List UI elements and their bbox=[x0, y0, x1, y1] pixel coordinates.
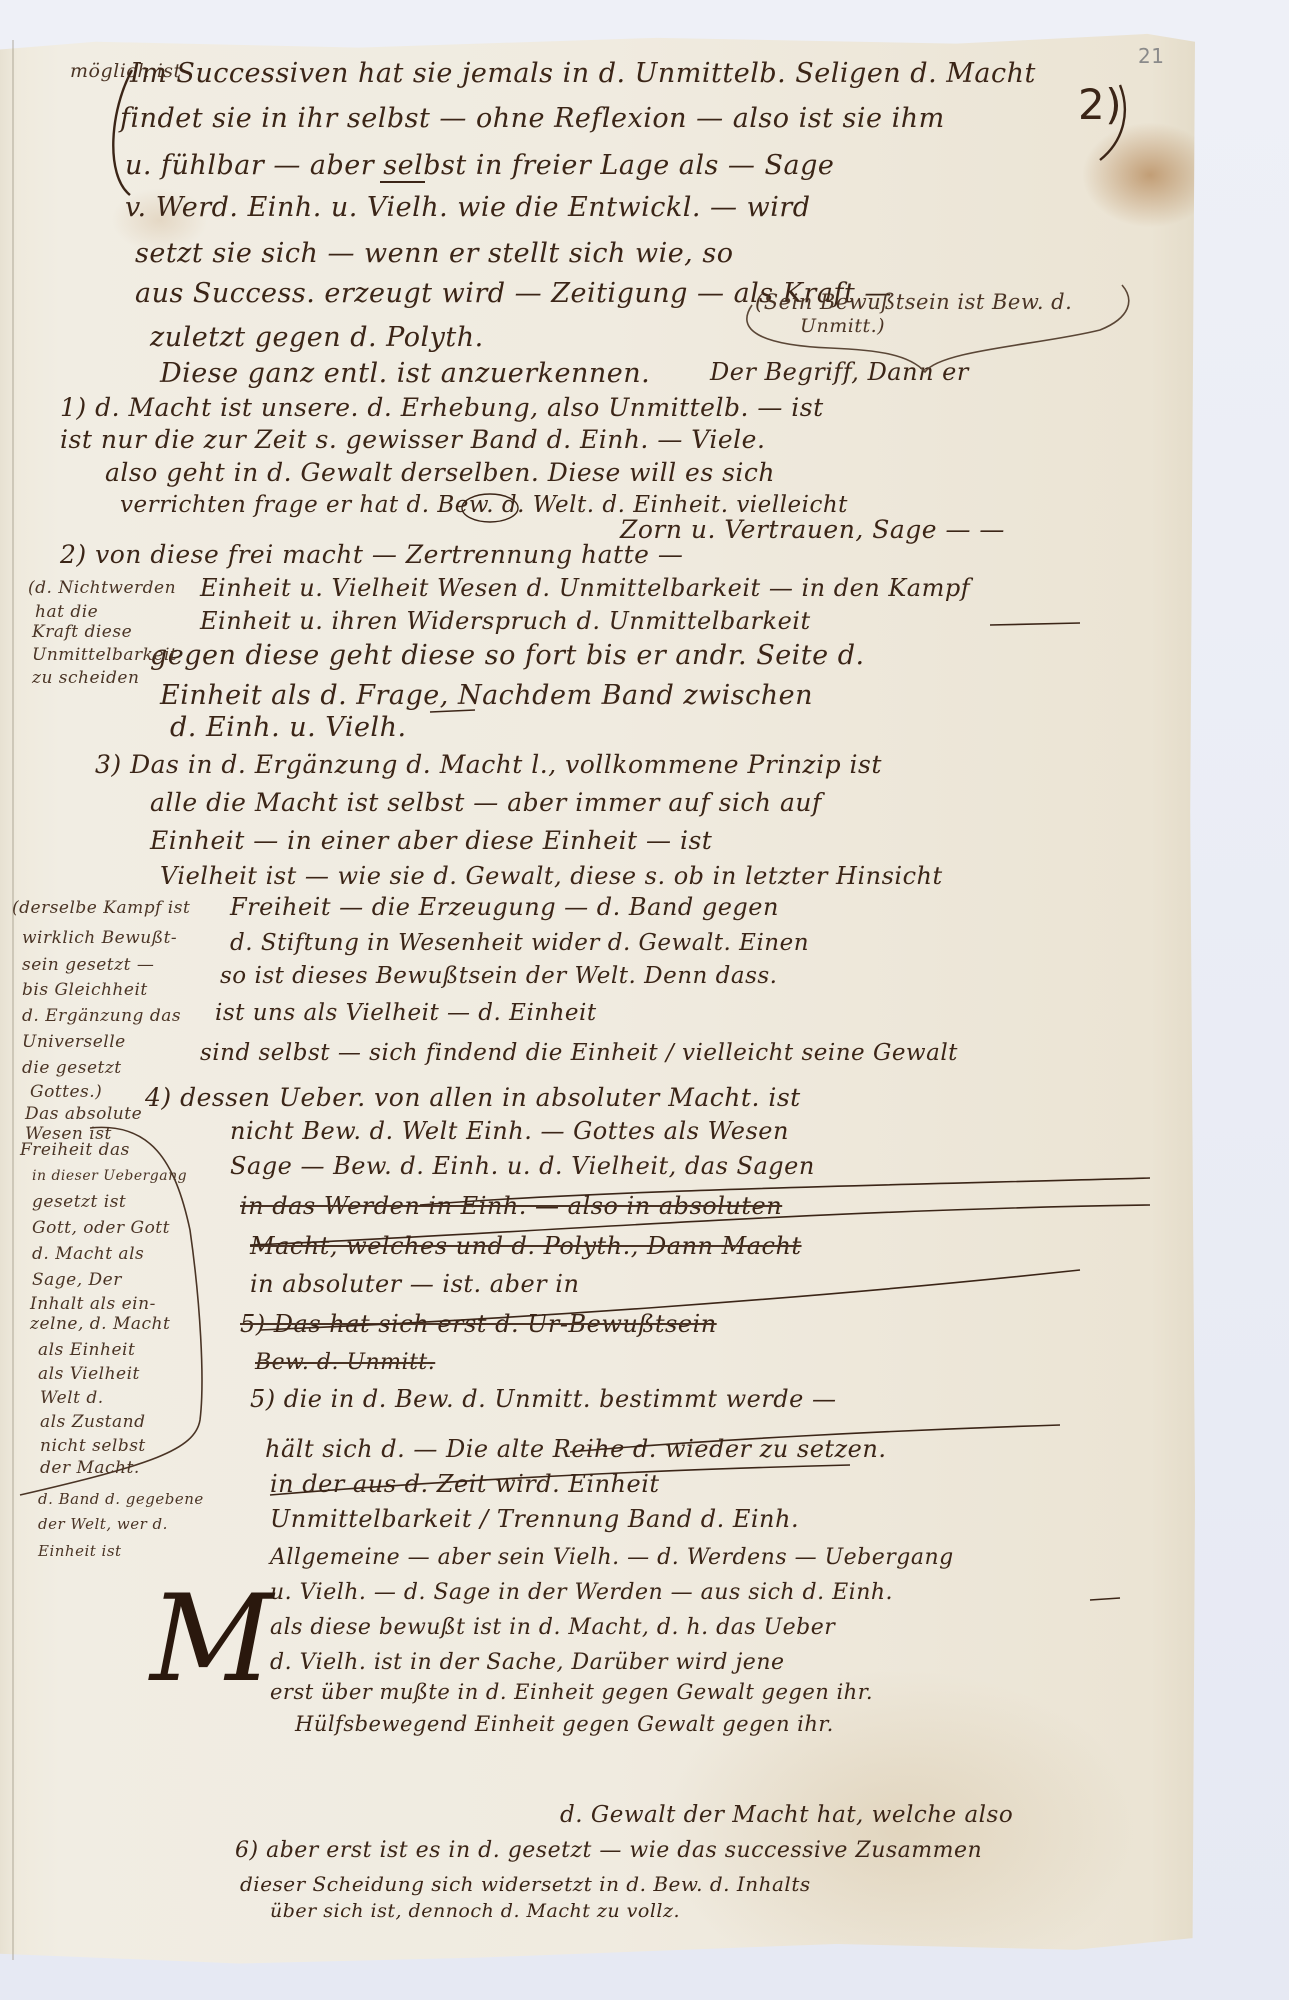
margin-note: der Macht. bbox=[40, 1458, 140, 1478]
text-line: 2) von diese frei macht — Zertrennung ha… bbox=[60, 540, 683, 569]
margin-note: die gesetzt bbox=[22, 1058, 122, 1078]
text-line: nicht Bew. d. Welt Einh. — Gottes als We… bbox=[230, 1117, 789, 1145]
text-line: zuletzt gegen d. Polyth. bbox=[150, 322, 484, 353]
margin-note: Inhalt als ein- bbox=[30, 1294, 156, 1314]
text-line: in der aus d. Zeit wird. Einheit bbox=[270, 1470, 660, 1498]
text-line: also geht in d. Gewalt derselben. Diese … bbox=[105, 458, 775, 487]
margin-note: d. Ergänzung das bbox=[22, 1006, 181, 1026]
margin-note: Sage, Der bbox=[32, 1270, 122, 1290]
text-line: gegen diese geht diese so fort bis er an… bbox=[150, 640, 865, 671]
text-line: dieser Scheidung sich widersetzt in d. B… bbox=[240, 1872, 811, 1896]
text-line: d. Vielh. ist in der Sache, Darüber wird… bbox=[270, 1650, 785, 1675]
text-line: v. Werd. Einh. u. Vielh. wie die Entwick… bbox=[125, 192, 811, 223]
margin-note: Einheit ist bbox=[38, 1542, 122, 1560]
margin-note: in dieser Uebergang bbox=[32, 1168, 187, 1184]
text-line: Einheit u. Vielheit Wesen d. Unmittelbar… bbox=[200, 574, 970, 602]
margin-note: Universelle bbox=[22, 1032, 126, 1052]
folio-number: 21 bbox=[1138, 44, 1164, 68]
section-marker: 2) bbox=[1078, 80, 1122, 129]
text-line: Einheit als d. Frage, Nachdem Band zwisc… bbox=[160, 680, 813, 711]
margin-note: bis Gleichheit bbox=[22, 980, 148, 1000]
text-line: 5) die in d. Bew. d. Unmitt. bestimmt we… bbox=[250, 1385, 837, 1413]
bubble-note-line: (Sein Bewußtsein ist Bew. d. bbox=[755, 290, 1072, 314]
page-fold-line bbox=[12, 40, 14, 1960]
margin-note: hat die bbox=[35, 602, 98, 622]
text-line: Vielheit ist — wie sie d. Gewalt, diese … bbox=[160, 862, 943, 890]
margin-note: d. Macht als bbox=[32, 1244, 144, 1264]
margin-note: Gottes.) bbox=[30, 1082, 102, 1102]
text-line: Freiheit — die Erzeugung — d. Band gegen bbox=[230, 893, 779, 921]
signature-mark: M bbox=[150, 1570, 273, 1709]
text-line: Allgemeine — aber sein Vielh. — d. Werde… bbox=[270, 1545, 954, 1570]
text-line: hält sich d. — Die alte Reihe d. wieder … bbox=[265, 1435, 886, 1463]
text-line: Einheit — in einer aber diese Einheit — … bbox=[150, 826, 712, 855]
struck-text-line: in das Werden in Einh. — also in absolut… bbox=[240, 1192, 782, 1220]
text-line: findet sie in ihr selbst — ohne Reflexio… bbox=[120, 103, 945, 134]
margin-note: als Vielheit bbox=[38, 1364, 140, 1384]
text-line: als diese bewußt ist in d. Macht, d. h. … bbox=[270, 1615, 835, 1640]
margin-note: (d. Nichtwerden bbox=[28, 578, 176, 598]
margin-note: zelne, d. Macht bbox=[30, 1314, 170, 1334]
text-line: d. Stiftung in Wesenheit wider d. Gewalt… bbox=[230, 930, 809, 956]
margin-note: d. Band d. gegebene bbox=[38, 1490, 204, 1508]
margin-note: Das absolute bbox=[25, 1104, 142, 1124]
text-line: 1) d. Macht ist unsere. d. Erhebung, als… bbox=[60, 393, 824, 422]
text-line: Hülfsbewegend Einheit gegen Gewalt gegen… bbox=[295, 1712, 834, 1736]
text-line: ist nur die zur Zeit s. gewisser Band d.… bbox=[60, 425, 765, 454]
margin-note: Welt d. bbox=[40, 1388, 104, 1408]
text-line: erst über mußte in d. Einheit gegen Gewa… bbox=[270, 1680, 873, 1704]
text-line: u. fühlbar — aber selbst in freier Lage … bbox=[125, 150, 834, 181]
text-line: Der Begriff, Dann er bbox=[710, 358, 969, 386]
margin-note: Gott, oder Gott bbox=[32, 1218, 170, 1238]
struck-text-line: Macht, welches und d. Polyth., Dann Mach… bbox=[250, 1232, 802, 1260]
bubble-note-line: Unmitt.) bbox=[800, 315, 885, 337]
text-line: Sage — Bew. d. Einh. u. d. Vielheit, das… bbox=[230, 1152, 815, 1180]
margin-note: als Einheit bbox=[38, 1340, 135, 1360]
text-line: d. Gewalt der Macht hat, welche also bbox=[560, 1802, 1013, 1828]
margin-note: (derselbe Kampf ist bbox=[12, 898, 190, 918]
text-line: alle die Macht ist selbst — aber immer a… bbox=[150, 788, 822, 817]
text-line: in absoluter — ist. aber in bbox=[250, 1270, 579, 1298]
text-line: 3) Das in d. Ergänzung d. Macht l., voll… bbox=[95, 750, 882, 779]
margin-note: als Zustand bbox=[40, 1412, 145, 1432]
margin-note: Kraft diese bbox=[32, 622, 132, 642]
text-line: so ist dieses Bewußtsein der Welt. Denn … bbox=[220, 963, 778, 989]
text-line: 6) aber erst ist es in d. gesetzt — wie … bbox=[235, 1838, 982, 1863]
margin-note: Freiheit das bbox=[20, 1140, 130, 1160]
text-line: 4) dessen Ueber. von allen in absoluter … bbox=[145, 1083, 801, 1112]
text-line: setzt sie sich — wenn er stellt sich wie… bbox=[135, 238, 733, 269]
text-line: über sich ist, dennoch d. Macht zu vollz… bbox=[270, 1900, 680, 1922]
margin-note: sein gesetzt — bbox=[22, 955, 154, 975]
text-line: ist uns als Vielheit — d. Einheit bbox=[215, 1000, 597, 1026]
text-line: d. Einh. u. Vielh. bbox=[170, 712, 407, 743]
margin-note: wirklich Bewußt- bbox=[22, 928, 177, 948]
text-line: sind selbst — sich findend die Einheit /… bbox=[200, 1040, 958, 1066]
margin-note: gesetzt ist bbox=[32, 1192, 126, 1212]
text-line: u. Vielh. — d. Sage in der Werden — aus … bbox=[270, 1580, 893, 1605]
margin-note: der Welt, wer d. bbox=[38, 1515, 168, 1533]
text-line: Unmittelbarkeit / Trennung Band d. Einh. bbox=[270, 1505, 799, 1533]
struck-text-line: 5) Das hat sich erst d. Ur-Bewußtsein bbox=[240, 1310, 717, 1338]
text-line: Diese ganz entl. ist anzuerkennen. bbox=[160, 358, 650, 389]
margin-note: Unmittelbarkeit bbox=[32, 645, 177, 665]
struck-text-line: Bew. d. Unmitt. bbox=[255, 1350, 435, 1375]
margin-note: zu scheiden bbox=[32, 668, 139, 688]
text-line: Einheit u. ihren Widerspruch d. Unmittel… bbox=[200, 607, 811, 635]
text-line: Im Successiven hat sie jemals in d. Unmi… bbox=[130, 58, 1036, 89]
margin-note: nicht selbst bbox=[40, 1436, 146, 1456]
